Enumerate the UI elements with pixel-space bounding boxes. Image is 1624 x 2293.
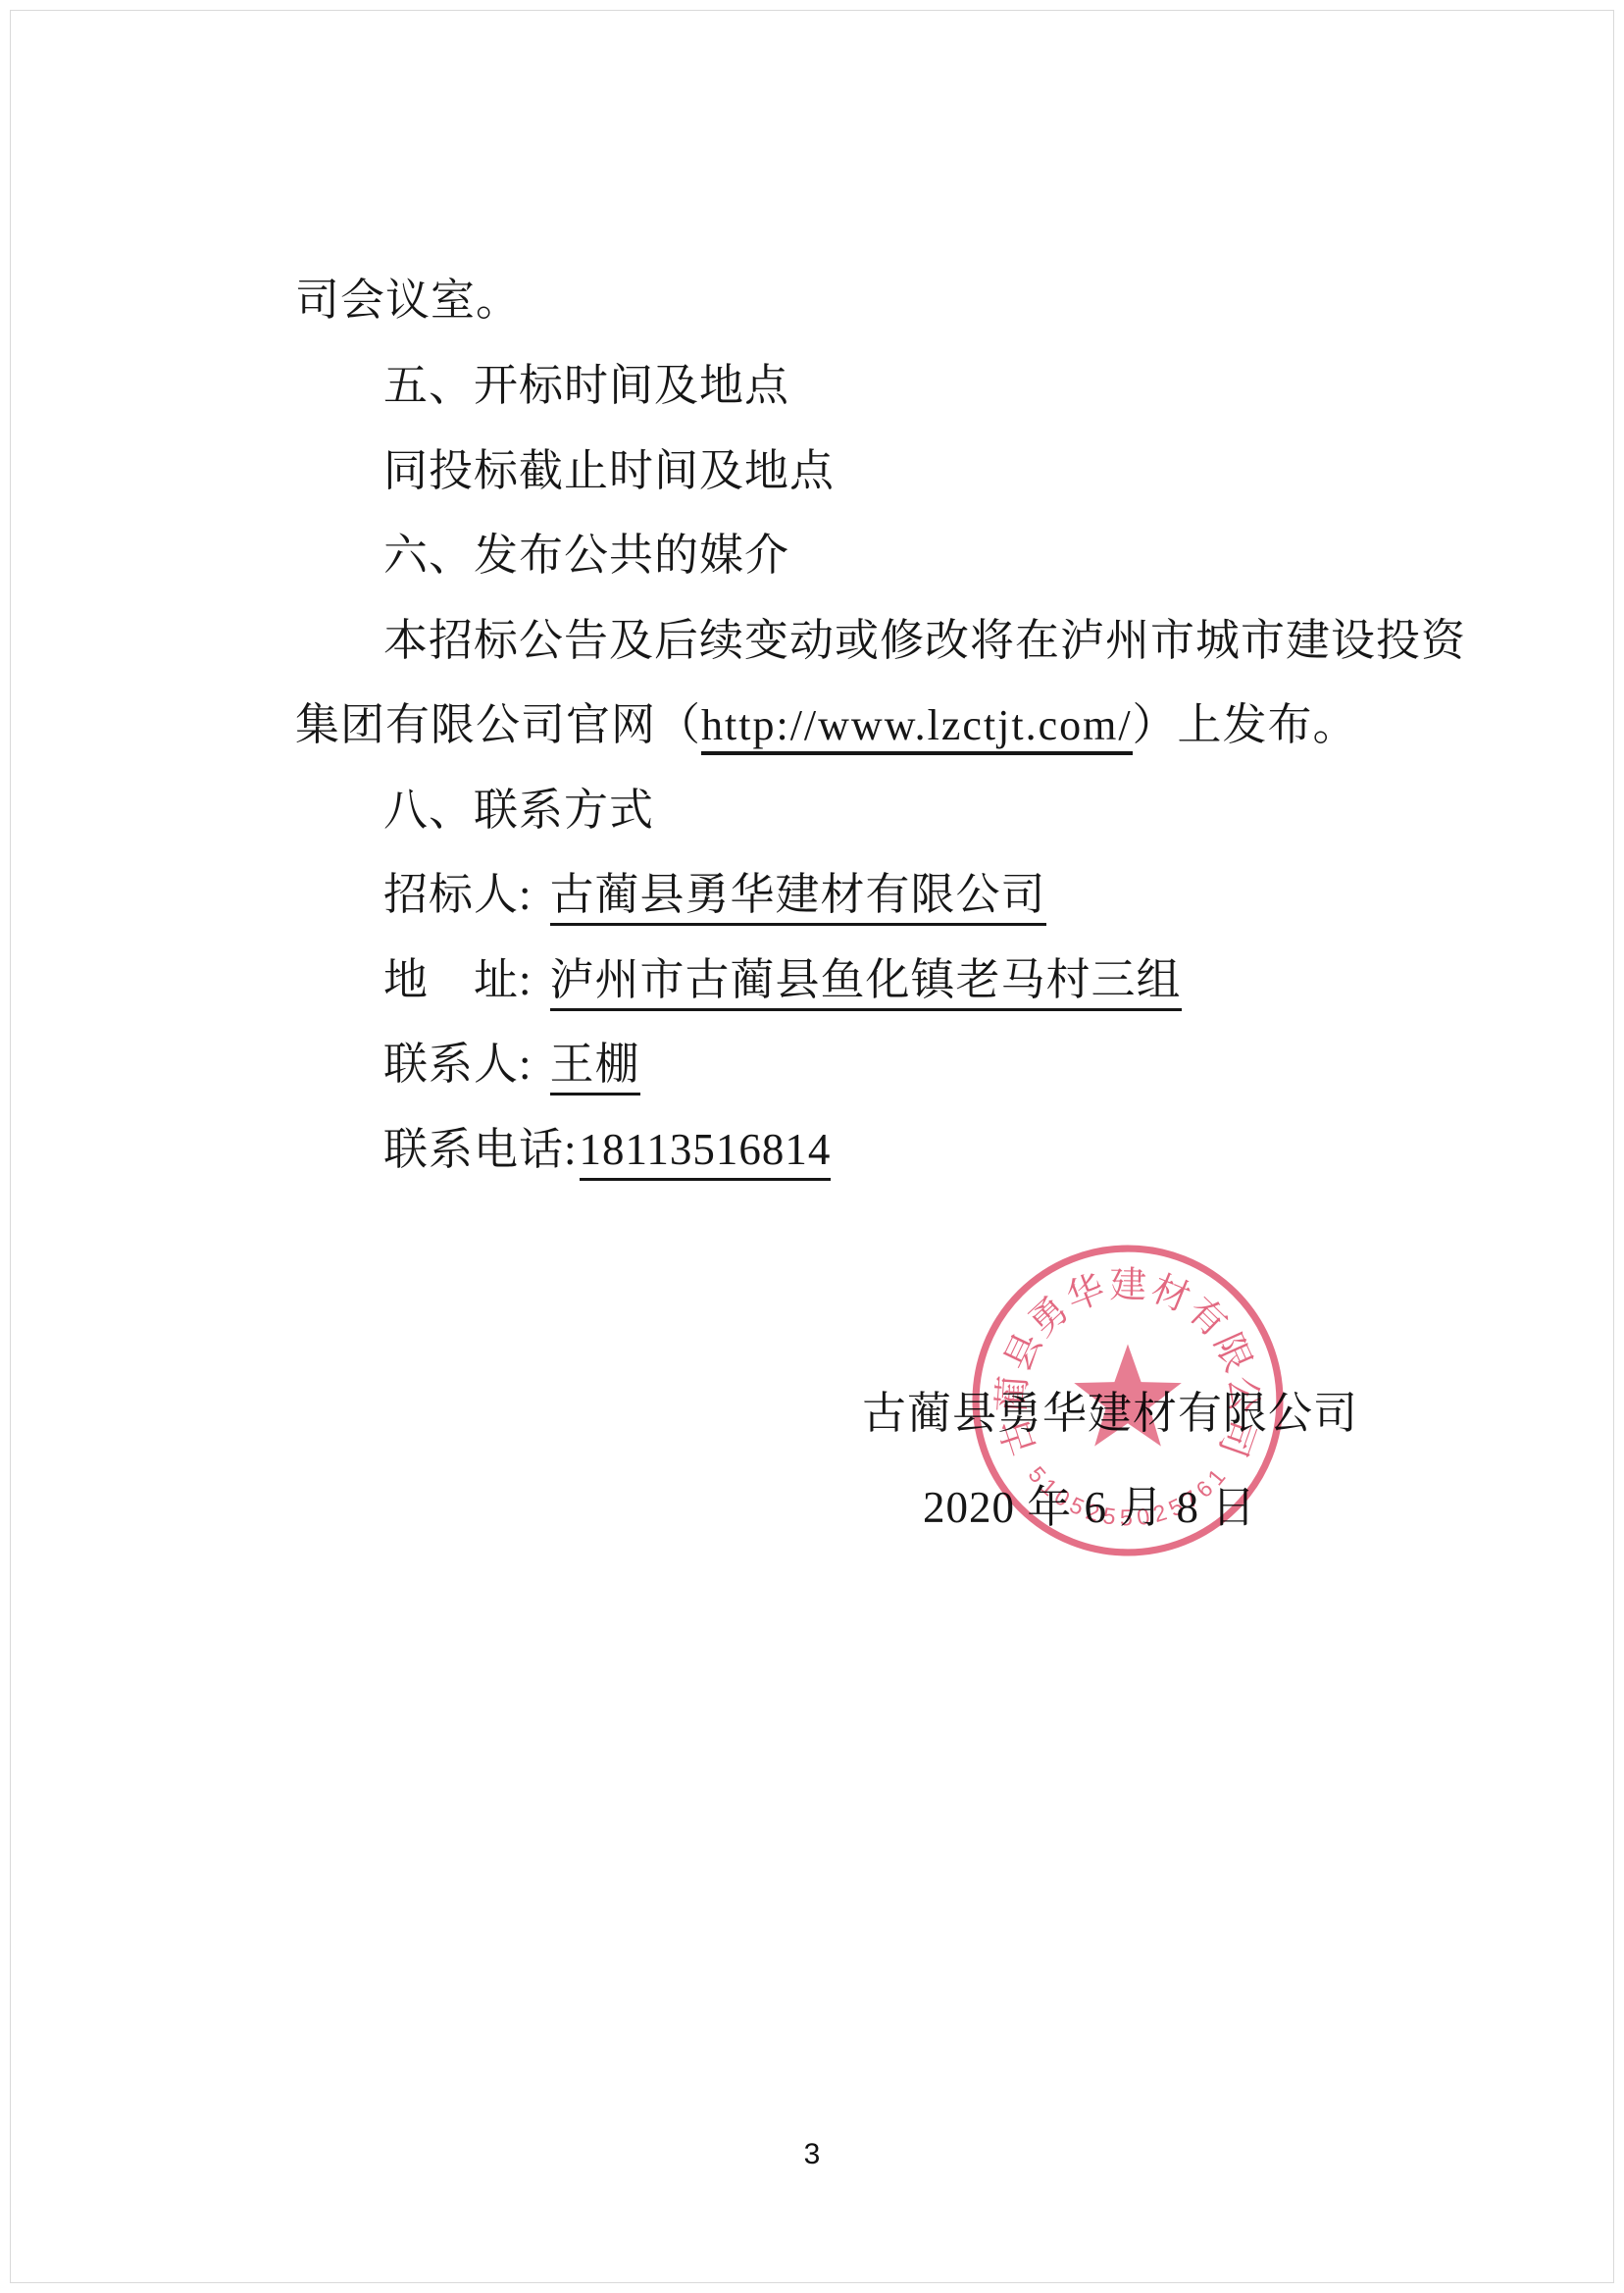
document-page: 司会议室。 五、开标时间及地点 同投标截止时间及地点 六、发布公共的媒介 本招标… xyxy=(0,0,1624,2293)
contact-value: 泸州市古蔺县鱼化镇老马村三组 xyxy=(550,955,1182,1011)
contact-row-phone: 联系电话:18113516814 xyxy=(335,1069,831,1231)
signature-date: 2020 年 6 月 8 日 xyxy=(875,1420,1256,1586)
contact-label: 联系电话: xyxy=(383,1125,578,1174)
contact-value: 18113516814 xyxy=(580,1125,832,1181)
website-link[interactable]: http://www.lzctjt.com/ xyxy=(701,701,1133,755)
page-number: 3 xyxy=(0,2138,1624,2171)
text: 2020 年 6 月 8 日 xyxy=(923,1483,1256,1532)
text-suffix: ）上发布。 xyxy=(1133,700,1358,749)
